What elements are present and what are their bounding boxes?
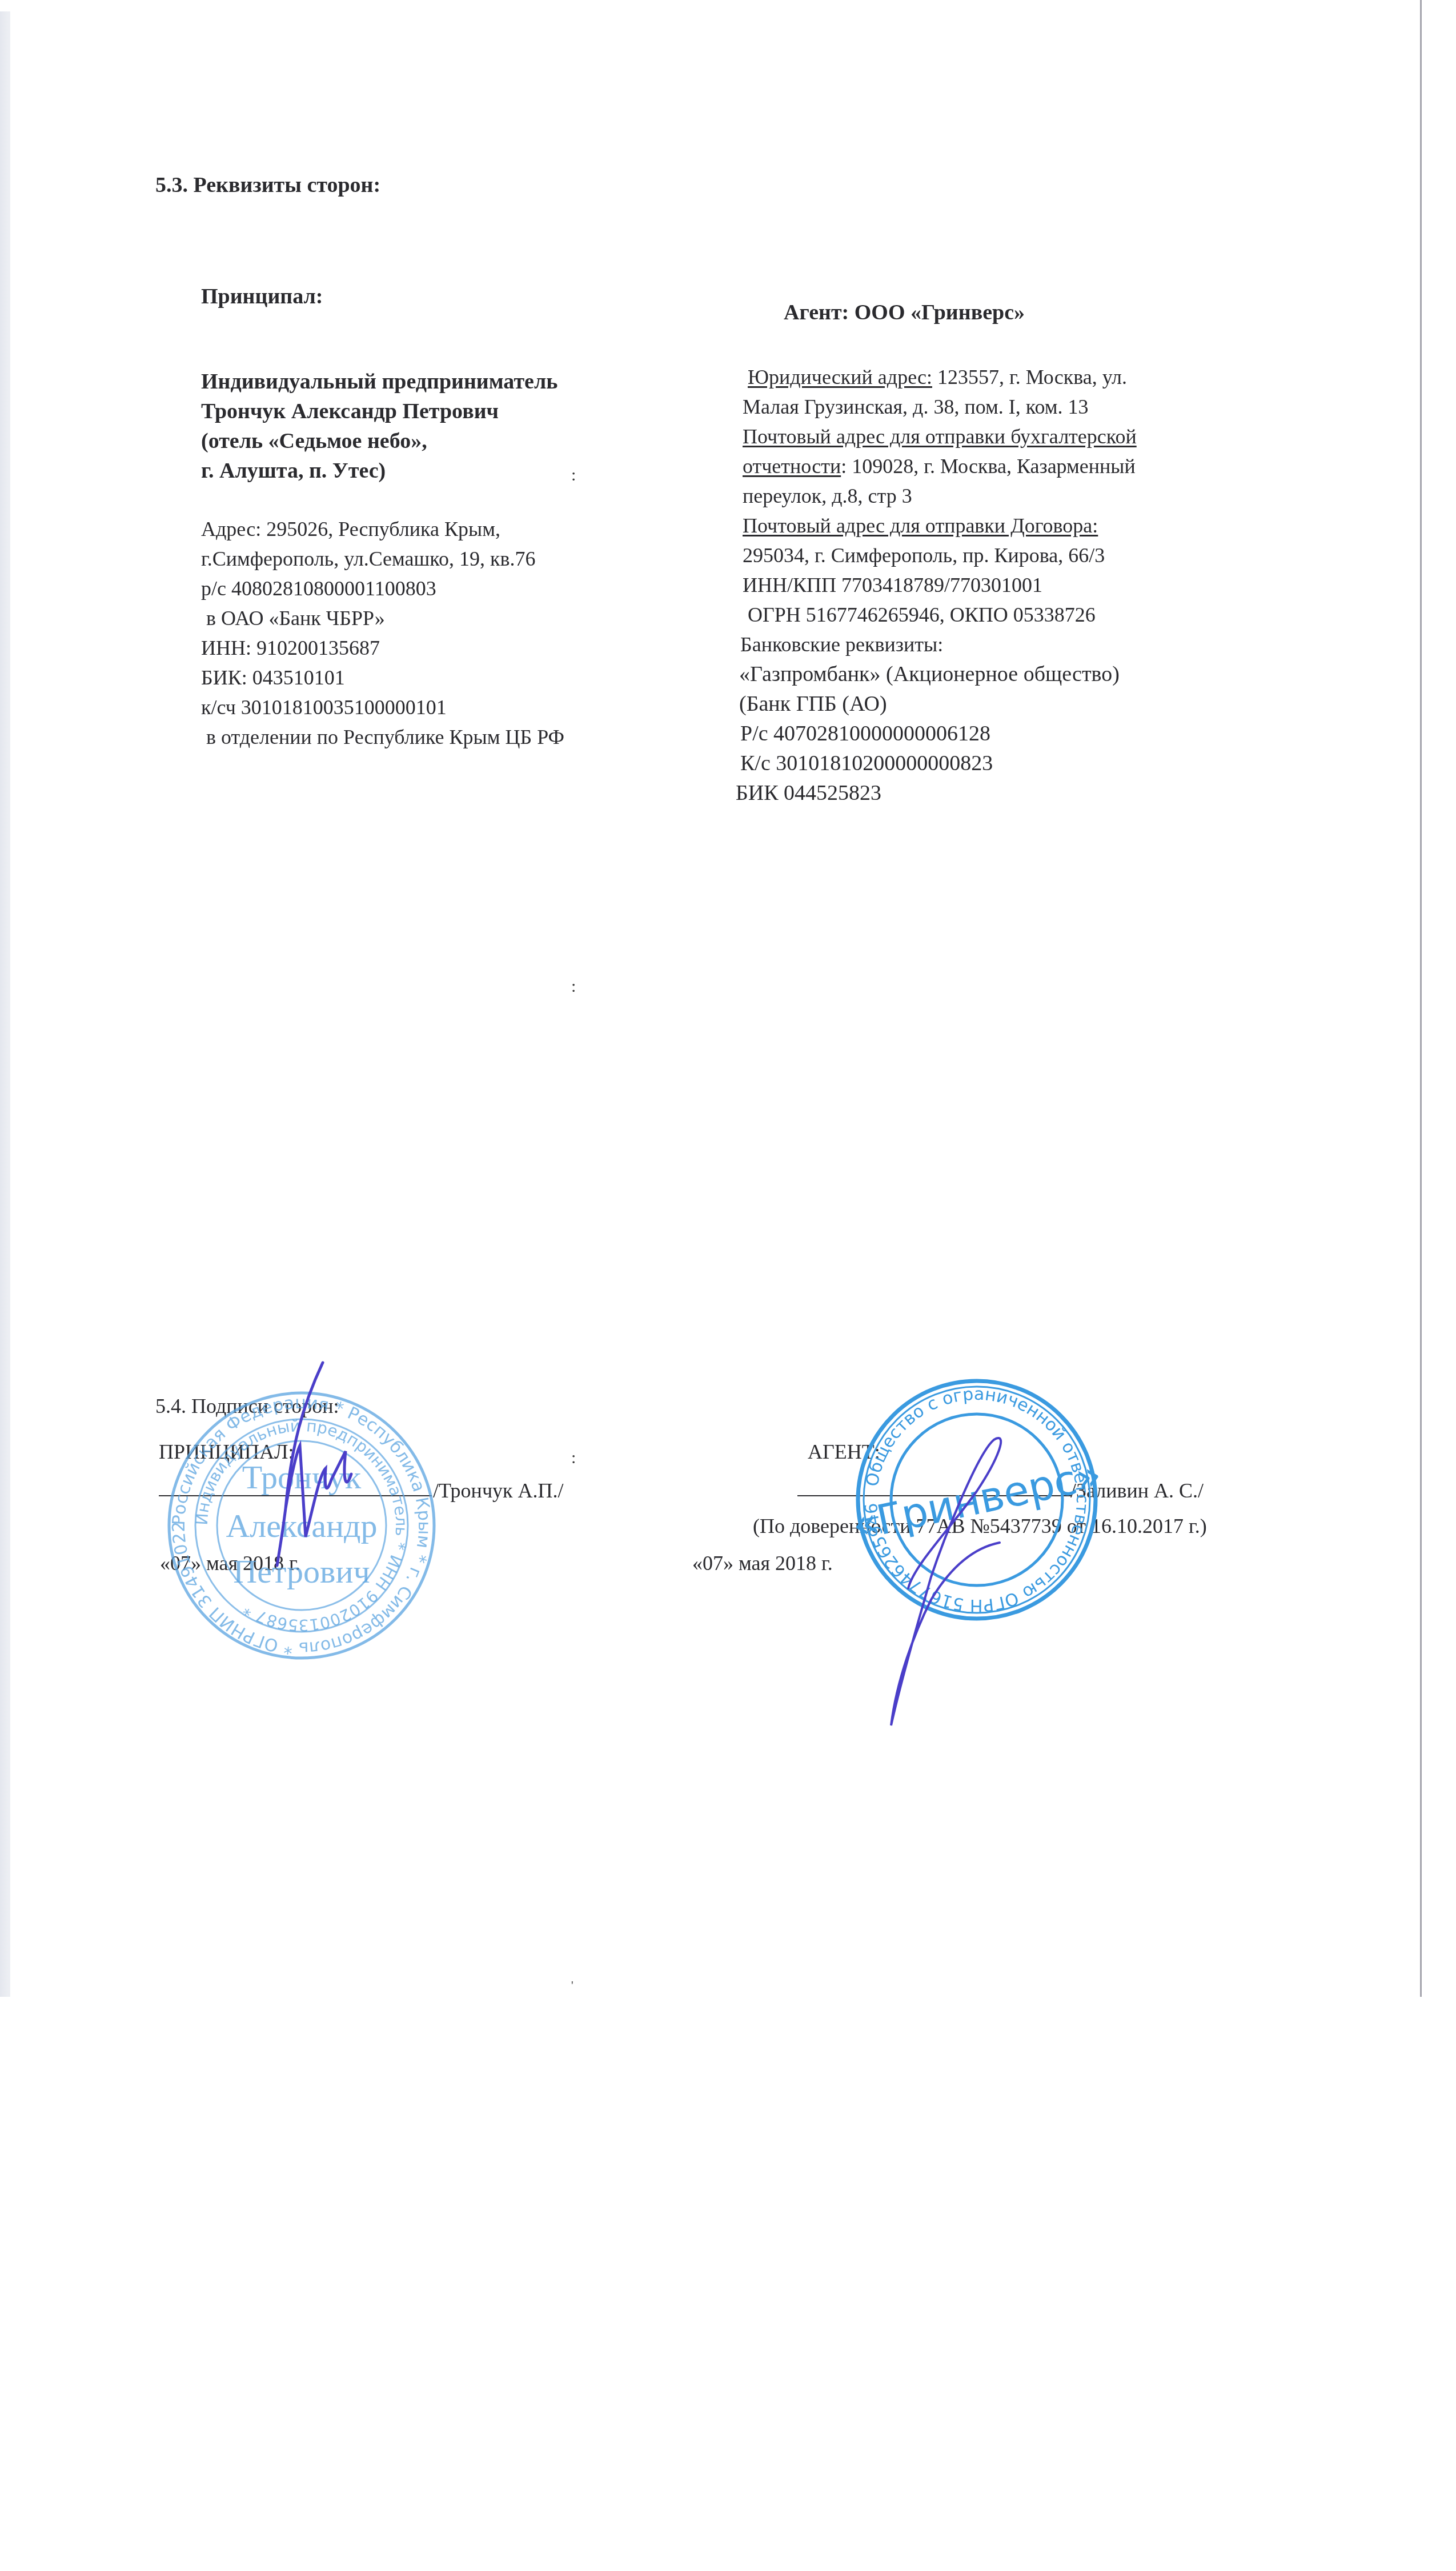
agent-handwritten-signature	[880, 1428, 1028, 1737]
principal-name-line: г. Алушта, п. Утес)	[201, 456, 557, 486]
agent-heading: Агент: ООО «Гринверс»	[784, 302, 1025, 323]
principal-bik: БИК: 043510101	[201, 663, 564, 692]
principal-signer-name: /Трончук А.П./	[433, 1479, 563, 1503]
agent-details: Юридический адрес: 123557, г. Москва, ул…	[743, 362, 1137, 808]
agent-bank-short: (Банк ГПБ (АО)	[739, 689, 1137, 719]
principal-bank: в ОАО «Банк ЧБРР»	[201, 603, 564, 633]
agent-legal-address: Юридический адрес: 123557, г. Москва, ул…	[743, 362, 1137, 392]
agent-postal-accounting: отчетности: 109028, г. Москва, Казарменн…	[743, 451, 1137, 481]
principal-handwritten-signature	[228, 1360, 366, 1600]
principal-details: Адрес: 295026, Республика Крым, г.Симфер…	[201, 514, 564, 752]
agent-inn-kpp: ИНН/КПП 7703418789/770301001	[743, 570, 1137, 600]
principal-account: р/с 40802810800001100803	[201, 574, 564, 603]
principal-corr-account: к/сч 30101810035100000101	[201, 692, 564, 722]
scanned-page: 5.3. Реквизиты сторон: Принципал: Индиви…	[0, 0, 1456, 1997]
agent-bank-name: «Газпромбанк» (Акционерное общество)	[739, 659, 1137, 689]
agent-ogrn-okpo: ОГРН 5167746265946, ОКПО 05338726	[743, 600, 1137, 630]
principal-address: Адрес: 295026, Республика Крым,	[201, 514, 564, 544]
principal-inn: ИНН: 910200135687	[201, 633, 564, 663]
scan-left-edge	[0, 11, 10, 1997]
agent-signature-date: «07» мая 2018 г.	[692, 1551, 833, 1575]
scan-speck: :	[571, 977, 576, 996]
section-requisites-title: 5.3. Реквизиты сторон:	[155, 174, 380, 196]
principal-address-line2: г.Симферополь, ул.Семашко, 19, кв.76	[201, 544, 564, 574]
principal-name-line: (отель «Седьмое небо»,	[201, 426, 557, 456]
agent-postal-accounting-label: Почтовый адрес для отправки бухгалтерско…	[743, 422, 1137, 451]
agent-postal-contract-label: Почтовый адрес для отправки Договора:	[743, 511, 1137, 540]
agent-corr-account: К/с 30101810200000000823	[740, 748, 1137, 778]
agent-bik: БИК 044525823	[736, 778, 1137, 808]
agent-legal-address-label: Юридический адрес:	[748, 366, 932, 389]
scan-right-edge	[1420, 0, 1422, 1997]
agent-settlement-account: Р/с 40702810000000006128	[740, 719, 1137, 748]
principal-name-line: Трончук Александр Петрович	[201, 397, 557, 426]
scan-speck: '	[571, 1980, 573, 1993]
principal-name-line: Индивидуальный предприниматель	[201, 367, 557, 397]
scan-speck: :	[571, 1448, 576, 1468]
principal-bank-branch: в отделении по Республике Крым ЦБ РФ	[201, 722, 564, 752]
principal-name-block: Индивидуальный предприниматель Трончук А…	[201, 367, 557, 486]
agent-legal-address-line2: Малая Грузинская, д. 38, пом. I, ком. 13	[743, 392, 1137, 422]
agent-postal-contract-address: 295034, г. Симферополь, пр. Кирова, 66/3	[743, 540, 1137, 570]
agent-bank-heading: Банковские реквизиты:	[740, 630, 1137, 659]
principal-heading: Принципал:	[201, 286, 323, 307]
scan-speck: :	[571, 466, 576, 485]
agent-postal-accounting-line3: переулок, д.8, стр 3	[743, 481, 1137, 511]
